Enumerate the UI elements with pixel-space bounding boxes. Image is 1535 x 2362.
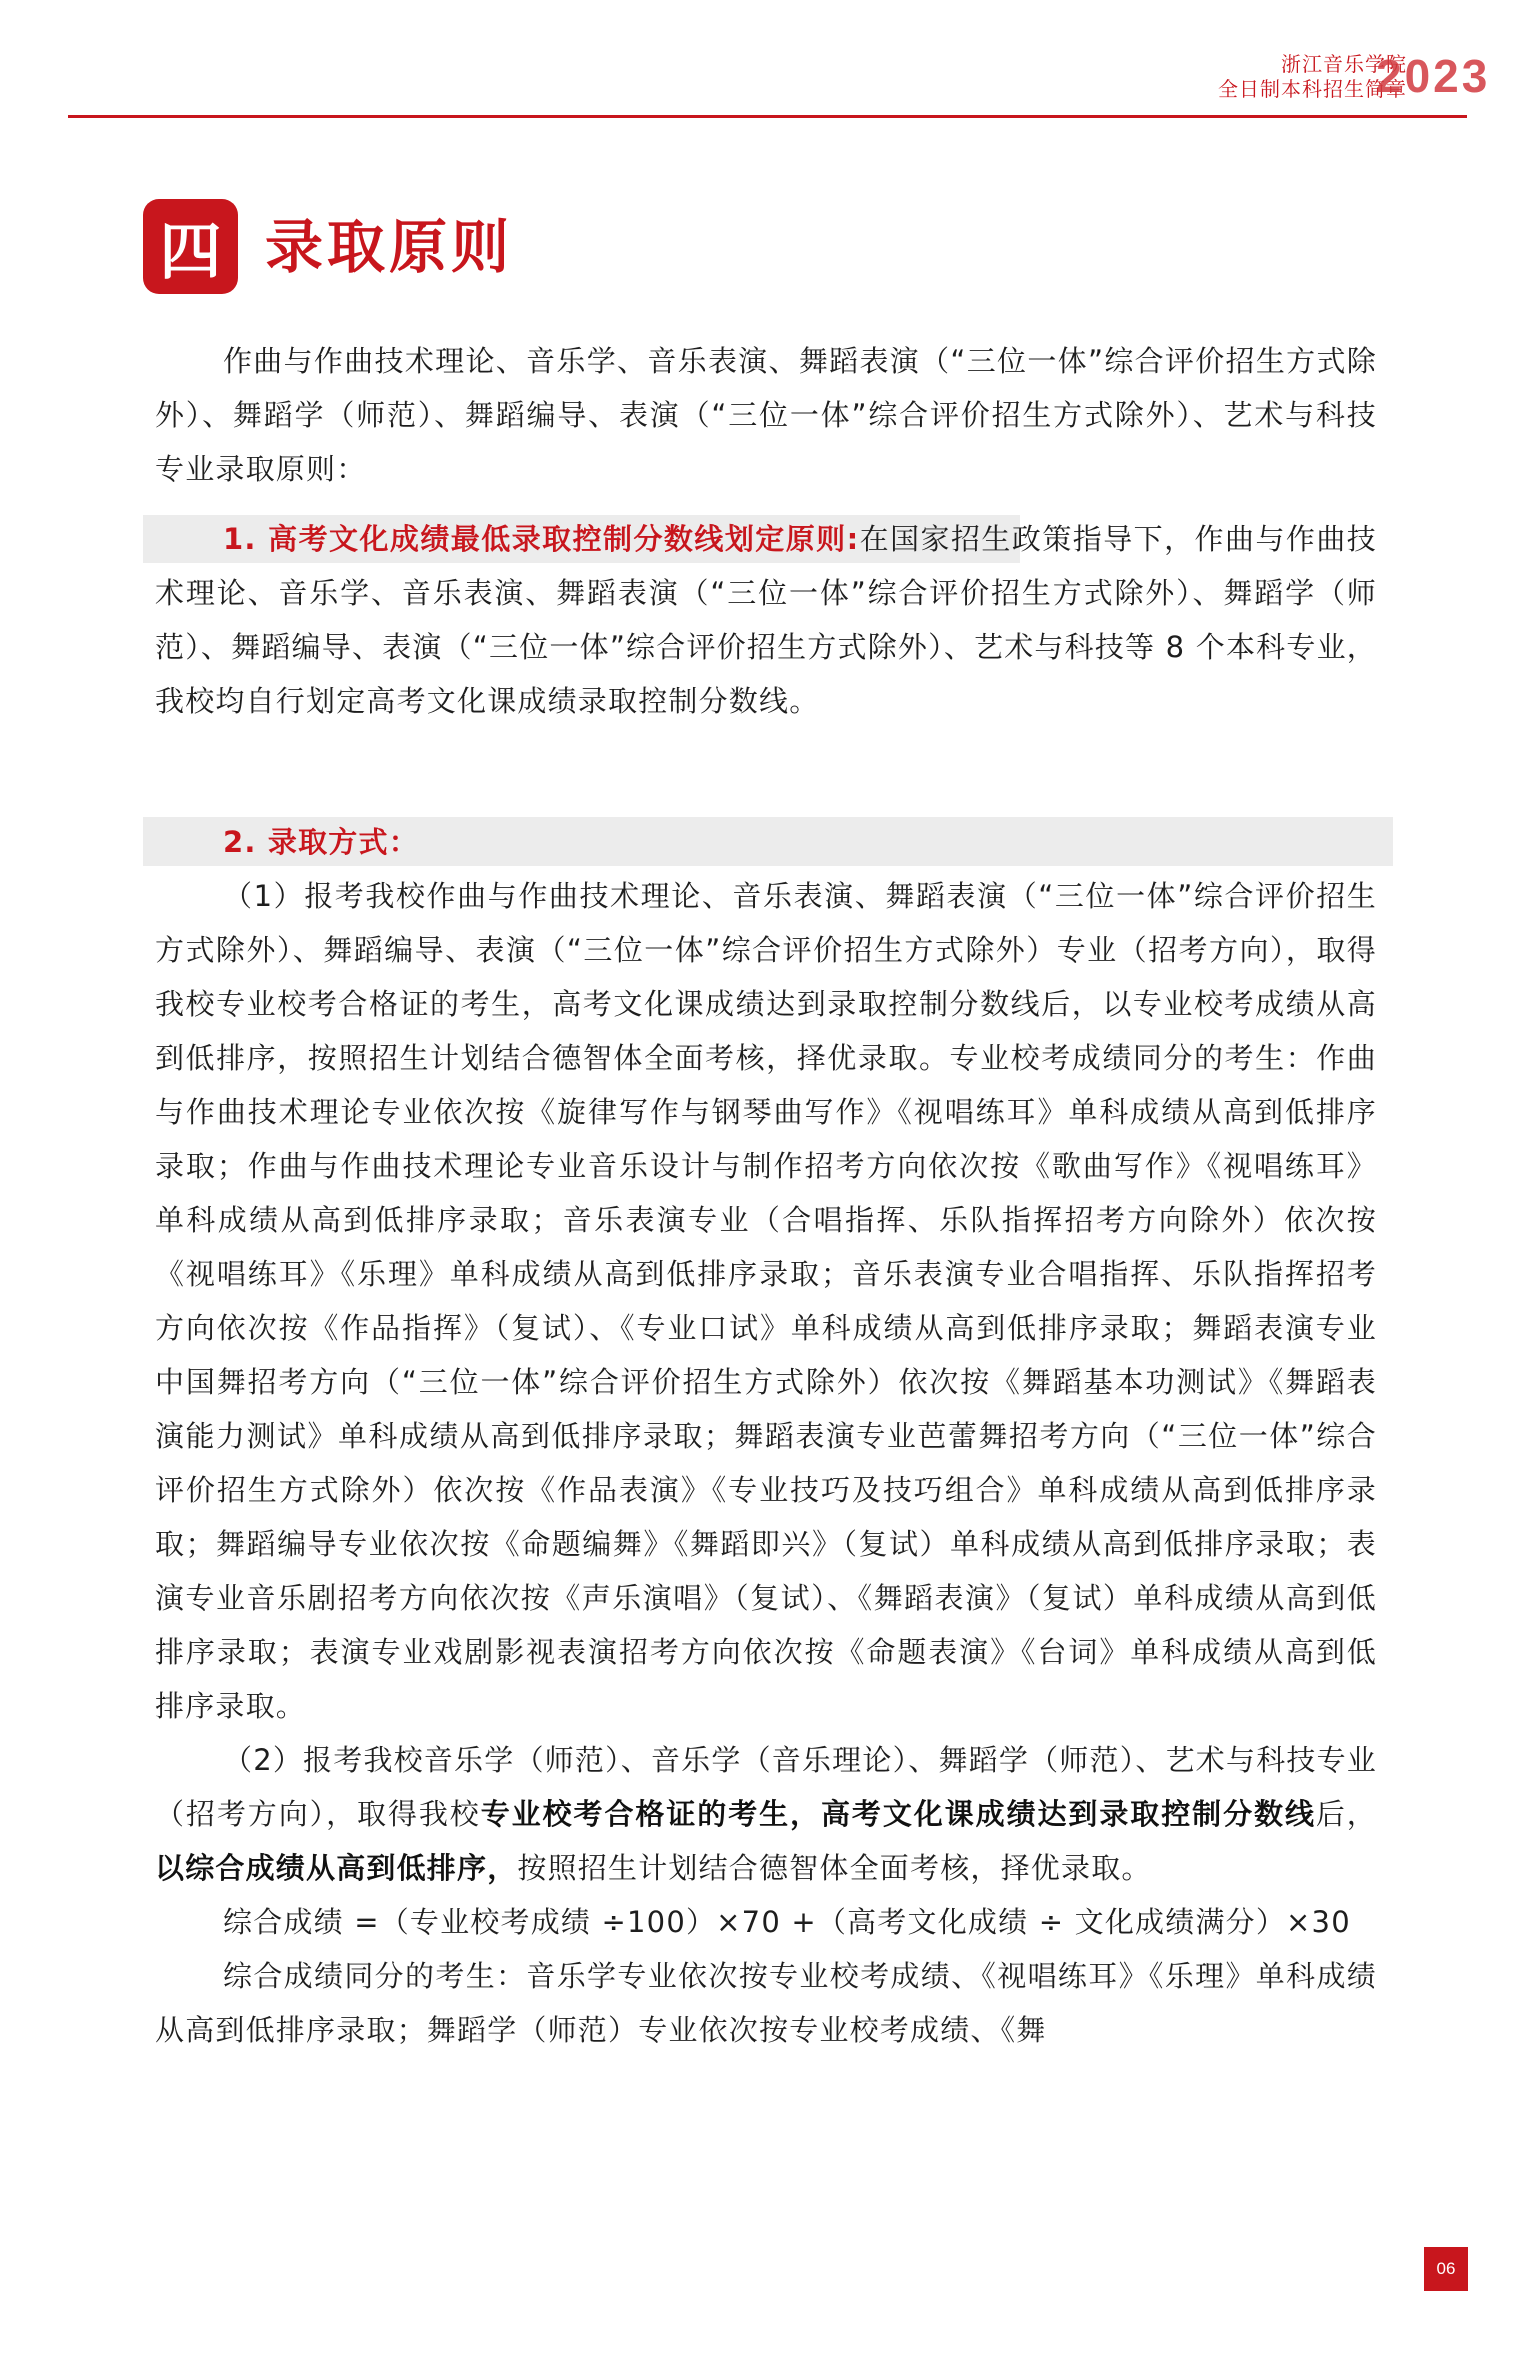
section-title: 录取原则 — [265, 210, 513, 285]
section-number-badge: 四 — [143, 199, 238, 294]
tie-break-text: 综合成绩同分的考生：音乐学专业依次按专业校考成绩、《视唱练耳》《乐理》单科成绩从… — [155, 1949, 1377, 2057]
item2-para1: （1）报考我校作曲与作曲技术理论、音乐表演、舞蹈表演（“三位一体”综合评价招生方… — [155, 869, 1377, 1733]
para2-text-2: 后， — [1316, 1797, 1377, 1831]
item2-para2: （2）报考我校音乐学（师范）、音乐学（音乐理论）、舞蹈学（师范）、艺术与科技专业… — [155, 1733, 1377, 1895]
header-divider — [68, 115, 1467, 118]
intro-paragraph: 作曲与作曲技术理论、音乐学、音乐表演、舞蹈表演（“三位一体”综合评价招生方式除外… — [155, 334, 1377, 496]
item1-block: 1. 高考文化成绩最低录取控制分数线划定原则:在国家招生政策指导下，作曲与作曲技… — [155, 512, 1377, 728]
page-number: 06 — [1424, 2247, 1468, 2291]
para2-bold-2: 以综合成绩从高到低排序， — [155, 1851, 517, 1885]
item2-heading: 2. 录取方式： — [223, 825, 419, 859]
score-formula: 综合成绩 =（专业校考成绩 ÷100）×70 +（高考文化成绩 ÷ 文化成绩满分… — [155, 1895, 1377, 1949]
para2-text-3: 按照招生计划结合德智体全面考核，择优录取。 — [517, 1851, 1151, 1885]
intro-text: 作曲与作曲技术理论、音乐学、音乐表演、舞蹈表演（“三位一体”综合评价招生方式除外… — [155, 334, 1377, 496]
item2-block: 2. 录取方式： （1）报考我校作曲与作曲技术理论、音乐表演、舞蹈表演（“三位一… — [155, 815, 1377, 2057]
para2-bold-1: 专业校考合格证的考生，高考文化课成绩达到录取控制分数线 — [481, 1797, 1316, 1831]
header-year: 2023 — [1376, 50, 1490, 102]
item1-heading: 1. 高考文化成绩最低录取控制分数线划定原则: — [223, 522, 859, 556]
